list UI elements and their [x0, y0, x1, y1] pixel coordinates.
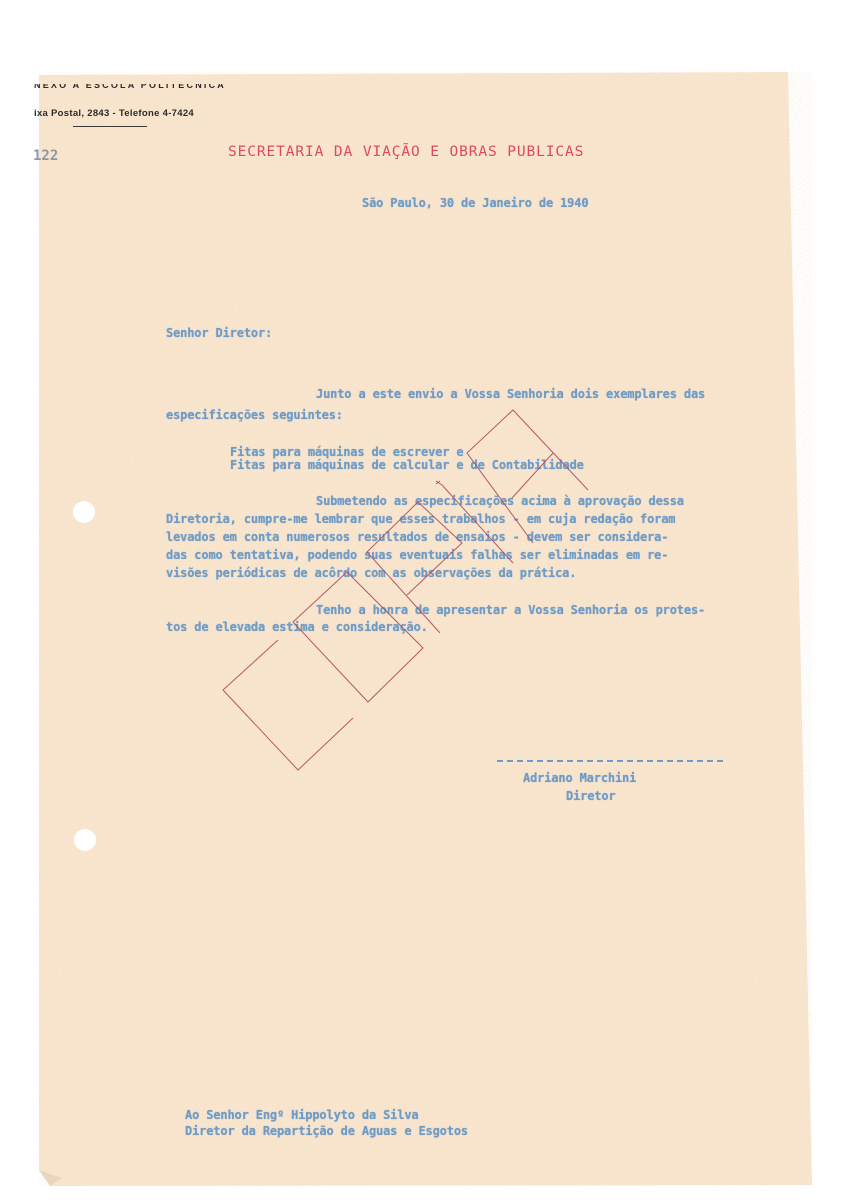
letterhead-rule: [73, 126, 147, 127]
spec-item-2: Fitas para máquinas de calcular e de Con…: [230, 458, 584, 472]
reference-number: 122: [33, 148, 58, 164]
signature-line: [497, 760, 723, 762]
letterhead-contact: ixa Postal, 2843 - Telefone 4-7424: [34, 108, 194, 119]
spec-item-1: Fitas para máquinas de escrever e: [230, 445, 463, 459]
place-date: São Paulo, 30 de Janeiro de 1940: [362, 196, 588, 210]
paragraph1-line1: Junto a este envio a Vossa Senhoria dois…: [316, 387, 705, 401]
department-heading: SECRETARIA DA VIAÇÃO E OBRAS PUBLICAS: [228, 144, 584, 160]
salutation: Senhor Diretor:: [166, 326, 272, 340]
paragraph2-line4: das como tentativa, podendo suas eventua…: [166, 548, 668, 562]
paragraph3-line2: tos de elevada estima e consideração.: [166, 620, 428, 634]
punch-hole-bottom: [74, 829, 96, 851]
punch-hole-top: [73, 501, 95, 523]
paper-sheet: [0, 0, 848, 1200]
signatory-title: Diretor: [566, 789, 616, 803]
signatory-name: Adriano Marchini: [523, 771, 636, 785]
paragraph2-line2: Diretoria, cumpre-me lembrar que esses t…: [166, 512, 675, 526]
paragraph2-line5: visões periódicas de acôrdo com as obser…: [166, 566, 576, 580]
paragraph1-line2: especificações seguintes:: [166, 408, 343, 422]
paragraph2-line3: levados em conta numerosos resultados de…: [166, 530, 668, 544]
recipient-line2: Diretor da Repartição de Aguas e Esgotos: [185, 1124, 468, 1138]
paragraph3-line1: Tenho a honra de apresentar a Vossa Senh…: [316, 603, 705, 617]
recipient-line1: Ao Senhor Engº Hippolyto da Silva: [185, 1108, 418, 1122]
letter-page: NEXO A ESCOLA POLITECNICA ixa Postal, 28…: [0, 0, 848, 1200]
paragraph2-line1: Submetendo as especificações acima à apr…: [316, 494, 684, 508]
